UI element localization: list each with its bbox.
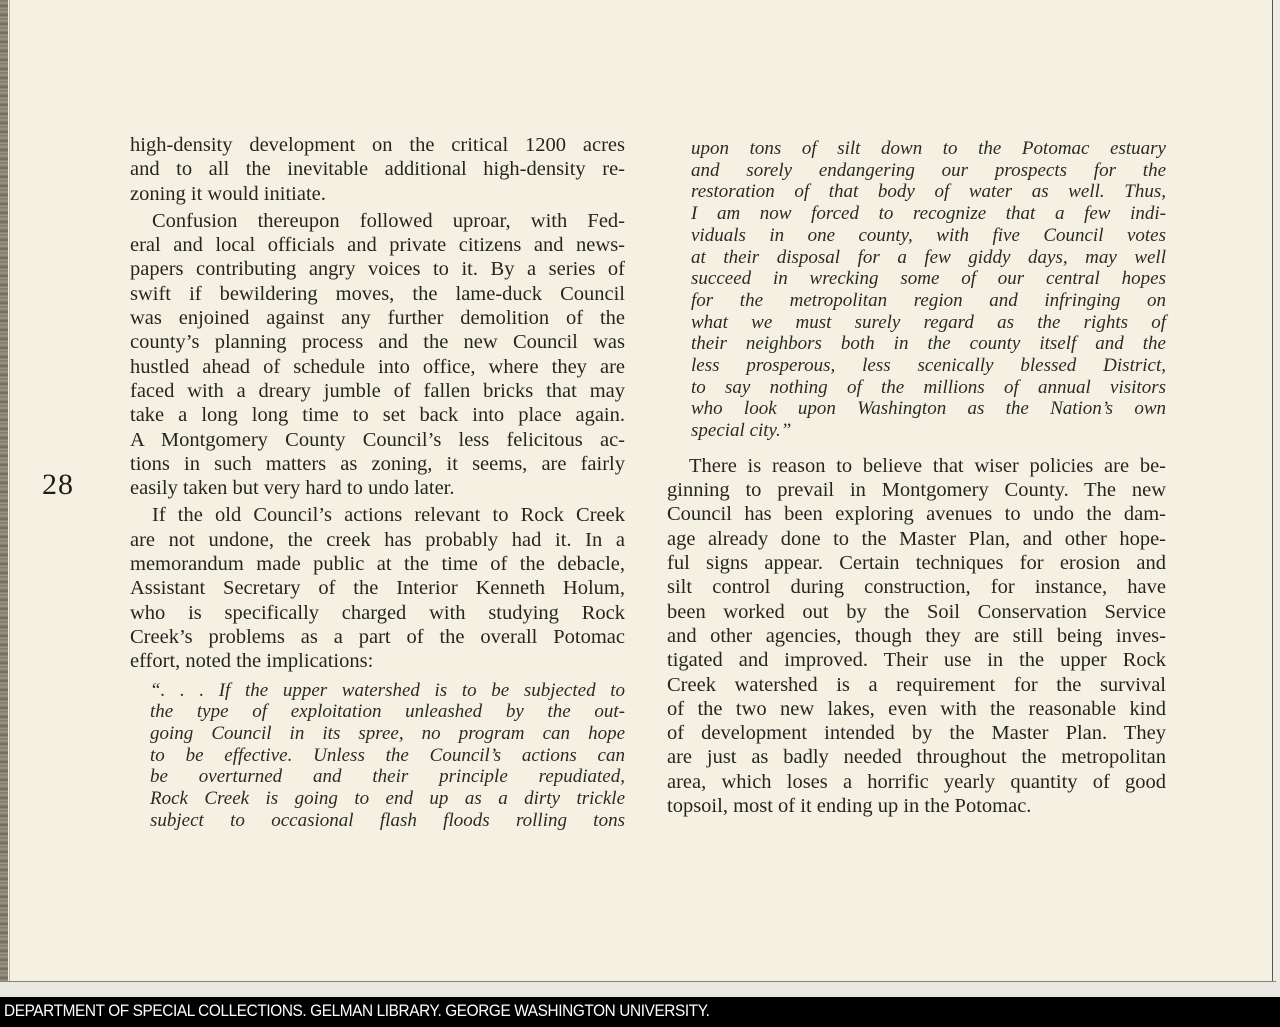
quote-line: going Council in its spree, no program c… [150,723,625,745]
text-line: Creek watershed is a requirement for the… [667,673,1166,697]
text-line: ginning to prevail in Montgomery County.… [667,478,1166,502]
text-line: Creek’s problems as a part of the overal… [130,625,625,649]
block-quote-continued: upon tons of silt down to the Potomac es… [667,138,1166,442]
text-line: area, which loses a horrific yearly quan… [667,770,1166,794]
block-quote: “. . . If the upper watershed is to be s… [130,680,625,832]
text-line: county’s planning process and the new Co… [130,330,625,354]
text-line: high-density development on the critical… [130,133,625,157]
paragraph: There is reason to believe that wiser po… [667,454,1166,818]
quote-line: I am now forced to recognize that a few … [691,203,1166,225]
text-line: and other agencies, though they are stil… [667,624,1166,648]
credit-footer-bar: DEPARTMENT OF SPECIAL COLLECTIONS. GELMA… [0,997,1280,1027]
text-line: zoning it would initiate. [130,182,625,206]
text-line: memorandum made public at the time of th… [130,552,625,576]
scan-right-margin [1273,0,1280,981]
paragraph: If the old Council’s actions relevant to… [130,503,625,673]
text-line: of the two new lakes, even with the reas… [667,697,1166,721]
quote-line: restoration of that body of water as wel… [691,181,1166,203]
paragraph: high-density development on the critical… [130,133,625,206]
text-line: Council has been exploring avenues to un… [667,502,1166,526]
left-column: high-density development on the critical… [130,133,625,831]
quote-line: upon tons of silt down to the Potomac es… [691,138,1166,160]
text-line: ful signs appear. Certain techniques for… [667,551,1166,575]
page-number: 28 [42,468,74,502]
text-line: and to all the inevitable additional hig… [130,157,625,181]
quote-line: who look upon Washington as the Nation’s… [691,398,1166,420]
quote-line: subject to occasional flash floods rolli… [150,810,625,832]
quote-line: Rock Creek is going to end up as a dirty… [150,788,625,810]
quote-line: to be effective. Unless the Council’s ac… [150,745,625,767]
text-line: If the old Council’s actions relevant to… [130,503,625,527]
text-line: of development intended by the Master Pl… [667,721,1166,745]
credit-text: DEPARTMENT OF SPECIAL COLLECTIONS. GELMA… [4,1002,710,1021]
quote-line: what we must surely regard as the rights… [691,312,1166,334]
text-line: who is specifically charged with studyin… [130,601,625,625]
text-line: There is reason to believe that wiser po… [667,454,1166,478]
text-line: effort, noted the implications: [130,649,625,673]
text-line: faced with a dreary jumble of fallen bri… [130,379,625,403]
quote-line: “. . . If the upper watershed is to be s… [150,680,625,702]
text-line: Confusion thereupon followed uproar, wit… [130,209,625,233]
book-page: 28 high-density development on the criti… [0,0,1276,982]
quote-line: be overturned and their principle repudi… [150,766,625,788]
right-column: upon tons of silt down to the Potomac es… [667,138,1166,818]
text-line: tigated and improved. Their use in the u… [667,648,1166,672]
paragraph: Confusion thereupon followed uproar, wit… [130,209,625,501]
quote-line: viduals in one county, with five Council… [691,225,1166,247]
text-line: silt control during construction, for in… [667,575,1166,599]
text-line: tions in such matters as zoning, it seem… [130,452,625,476]
quote-line: and sorely endangering our prospects for… [691,160,1166,182]
text-line: eral and local officials and private cit… [130,233,625,257]
text-line: take a long long time to set back into p… [130,403,625,427]
spine-edge-line [9,0,10,981]
quote-line: less prosperous, less scenically blessed… [691,355,1166,377]
text-line: are just as badly needed throughout the … [667,745,1166,769]
text-line: age already done to the Master Plan, and… [667,527,1166,551]
text-line: easily taken but very hard to undo later… [130,476,625,500]
quote-line: the type of exploitation unleashed by th… [150,701,625,723]
text-line: are not undone, the creek has probably h… [130,528,625,552]
quote-line: their neighbors both in the county itsel… [691,333,1166,355]
quote-line: special city.” [691,420,1166,442]
text-line: hustled ahead of schedule into office, w… [130,355,625,379]
text-line: papers contributing angry voices to it. … [130,257,625,281]
quote-line: succeed in wrecking some of our central … [691,268,1166,290]
text-line: been worked out by the Soil Conservation… [667,600,1166,624]
quote-line: at their disposal for a few giddy days, … [691,247,1166,269]
text-line: was enjoined against any further demolit… [130,306,625,330]
text-line: A Montgomery County Council’s less felic… [130,428,625,452]
quote-line: to say nothing of the millions of annual… [691,377,1166,399]
quote-line: for the metropolitan region and infringi… [691,290,1166,312]
text-line: topsoil, most of it ending up in the Pot… [667,794,1166,818]
book-spine [0,0,8,981]
text-line: swift if bewildering moves, the lame-duc… [130,282,625,306]
text-line: Assistant Secretary of the Interior Kenn… [130,576,625,600]
